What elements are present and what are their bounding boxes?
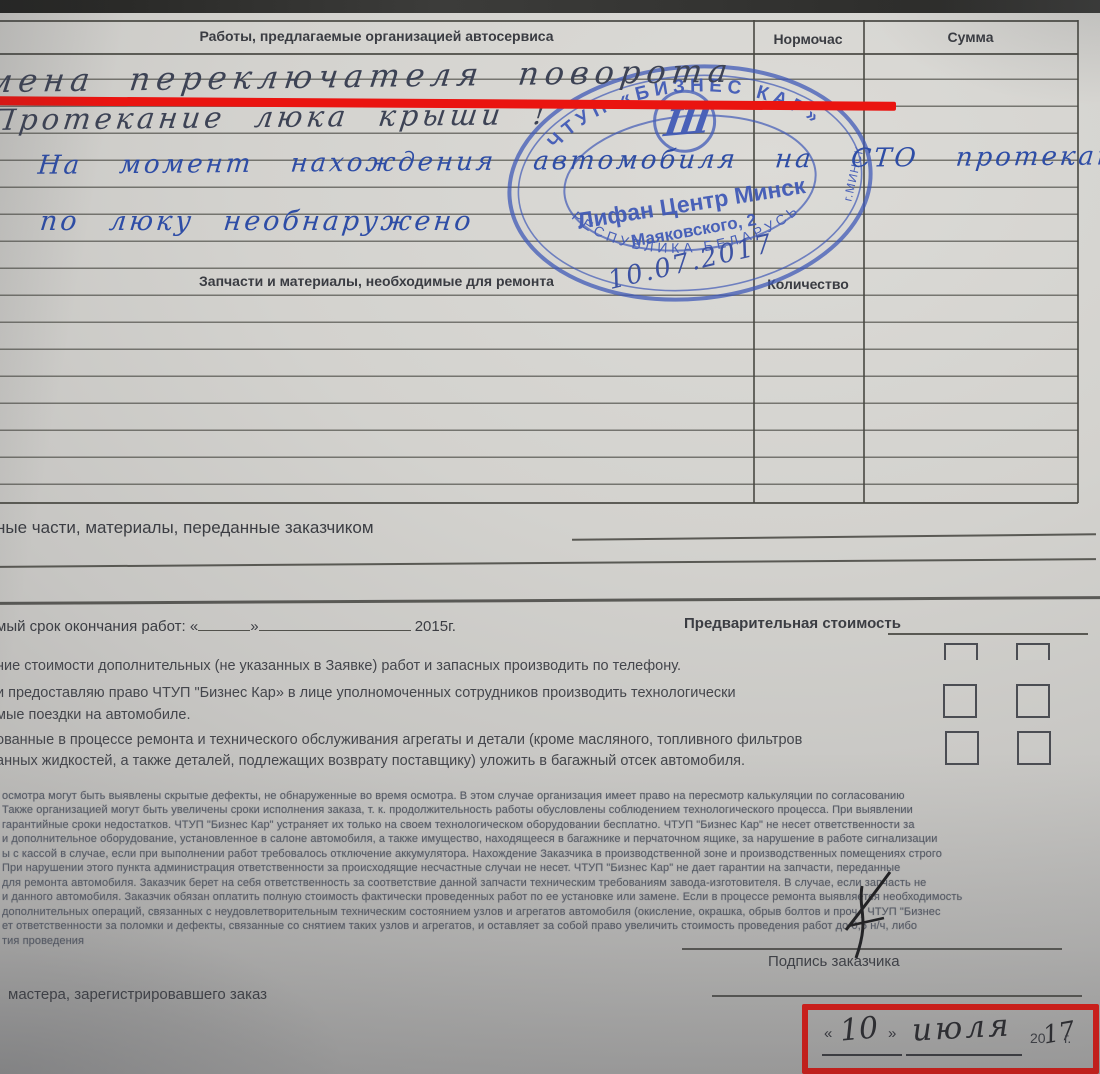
terms-fine-print: осмотра могут быть выявлены скрытые дефе… bbox=[2, 789, 1100, 948]
section-divider-line bbox=[0, 596, 1100, 604]
photo-top-edge bbox=[0, 0, 1100, 13]
deadline-row: мый срок окончания работ: «» 2015г. bbox=[0, 617, 456, 635]
checkbox-phone-yes bbox=[944, 643, 978, 660]
fine-print-line: дополнительных операций, связанных с неу… bbox=[2, 905, 1100, 919]
checkbox-parts-yes bbox=[945, 731, 979, 765]
order-date-red-box: « 10 » июля 20 17 г. bbox=[802, 1004, 1099, 1074]
fine-print-line: ы с кассой в случае, если при выполнении… bbox=[2, 847, 1100, 861]
fine-print-line: тия проведения bbox=[2, 934, 1100, 948]
checkbox-parts-no bbox=[1017, 731, 1051, 765]
table-bottom-border bbox=[0, 502, 1078, 504]
master-label: мастера, зарегистрировавшего заказ bbox=[8, 986, 267, 1003]
fine-print-line: ет ответственности за поломки и дефекты,… bbox=[2, 919, 1100, 933]
fine-print-line: гарантийные сроки недостатков. ЧТУП "Биз… bbox=[2, 818, 1100, 832]
fine-print-line: При нарушении этого пункта администрация… bbox=[2, 861, 1100, 875]
handwritten-day: 10 bbox=[839, 1010, 880, 1048]
clause-phone: ние стоимости дополнительных (не указанн… bbox=[0, 658, 681, 674]
date-open-quote: « bbox=[824, 1025, 832, 1042]
deadline-day-blank bbox=[198, 617, 250, 631]
table-top-border bbox=[0, 20, 1078, 22]
clause-rides-line-1: и предоставляю право ЧТУП "Бизнес Кар» в… bbox=[0, 685, 736, 701]
year-suffix: г. bbox=[1064, 1030, 1071, 1046]
checkbox-phone-no bbox=[1016, 643, 1050, 660]
deadline-year: 2015г. bbox=[415, 618, 456, 635]
works-column-header: Работы, предлагаемые организацией автосе… bbox=[0, 28, 753, 44]
clause-parts-line-1: ованные в процессе ремонта и техническог… bbox=[0, 732, 802, 748]
fine-print-line: и дополнительное оборудование, установле… bbox=[2, 832, 1100, 846]
customer-signature-mark bbox=[826, 866, 922, 962]
fine-print-line: Также организацией могут быть увеличены … bbox=[2, 803, 1100, 817]
checkbox-rides-yes bbox=[943, 684, 977, 718]
service-order-photo: Работы, предлагаемые организацией автосе… bbox=[0, 0, 1100, 1074]
handwritten-month: июля bbox=[911, 1007, 1012, 1048]
master-signature-line bbox=[712, 995, 1082, 997]
preliminary-cost-label: Предварительная стоимость bbox=[684, 615, 901, 632]
handwritten-note-line-2: по люку необнаружено bbox=[38, 206, 475, 237]
table-right-border bbox=[1077, 20, 1079, 503]
fine-print-line: для ремонта автомобиля. Заказчик берет н… bbox=[2, 876, 1100, 890]
deadline-label: мый срок окончания работ: « bbox=[0, 618, 198, 635]
checkbox-rides-no bbox=[1016, 684, 1050, 718]
month-underline bbox=[906, 1054, 1022, 1056]
blank-fill-line bbox=[0, 558, 1096, 567]
clause-parts-line-2: анных жидкостей, а также деталей, подлеж… bbox=[0, 753, 745, 769]
handwritten-year: 17 bbox=[1041, 1015, 1077, 1049]
fine-print-line: и данного автомобиля. Заказчик обязан оп… bbox=[2, 890, 1100, 904]
clause-rides-line-2: мые поездки на автомобиле. bbox=[0, 707, 191, 723]
day-underline bbox=[822, 1054, 902, 1056]
deadline-month-blank bbox=[259, 617, 411, 631]
customer-parts-label: ные части, материалы, переданные заказчи… bbox=[0, 518, 374, 538]
deadline-closing-quote: » bbox=[250, 618, 258, 635]
customer-parts-fill-line bbox=[572, 533, 1096, 540]
sum-column-header: Сумма bbox=[863, 29, 1078, 45]
preliminary-cost-blank bbox=[888, 633, 1088, 635]
date-close-quote: » bbox=[888, 1025, 896, 1042]
fine-print-line: осмотра могут быть выявлены скрытые дефе… bbox=[2, 789, 1100, 803]
